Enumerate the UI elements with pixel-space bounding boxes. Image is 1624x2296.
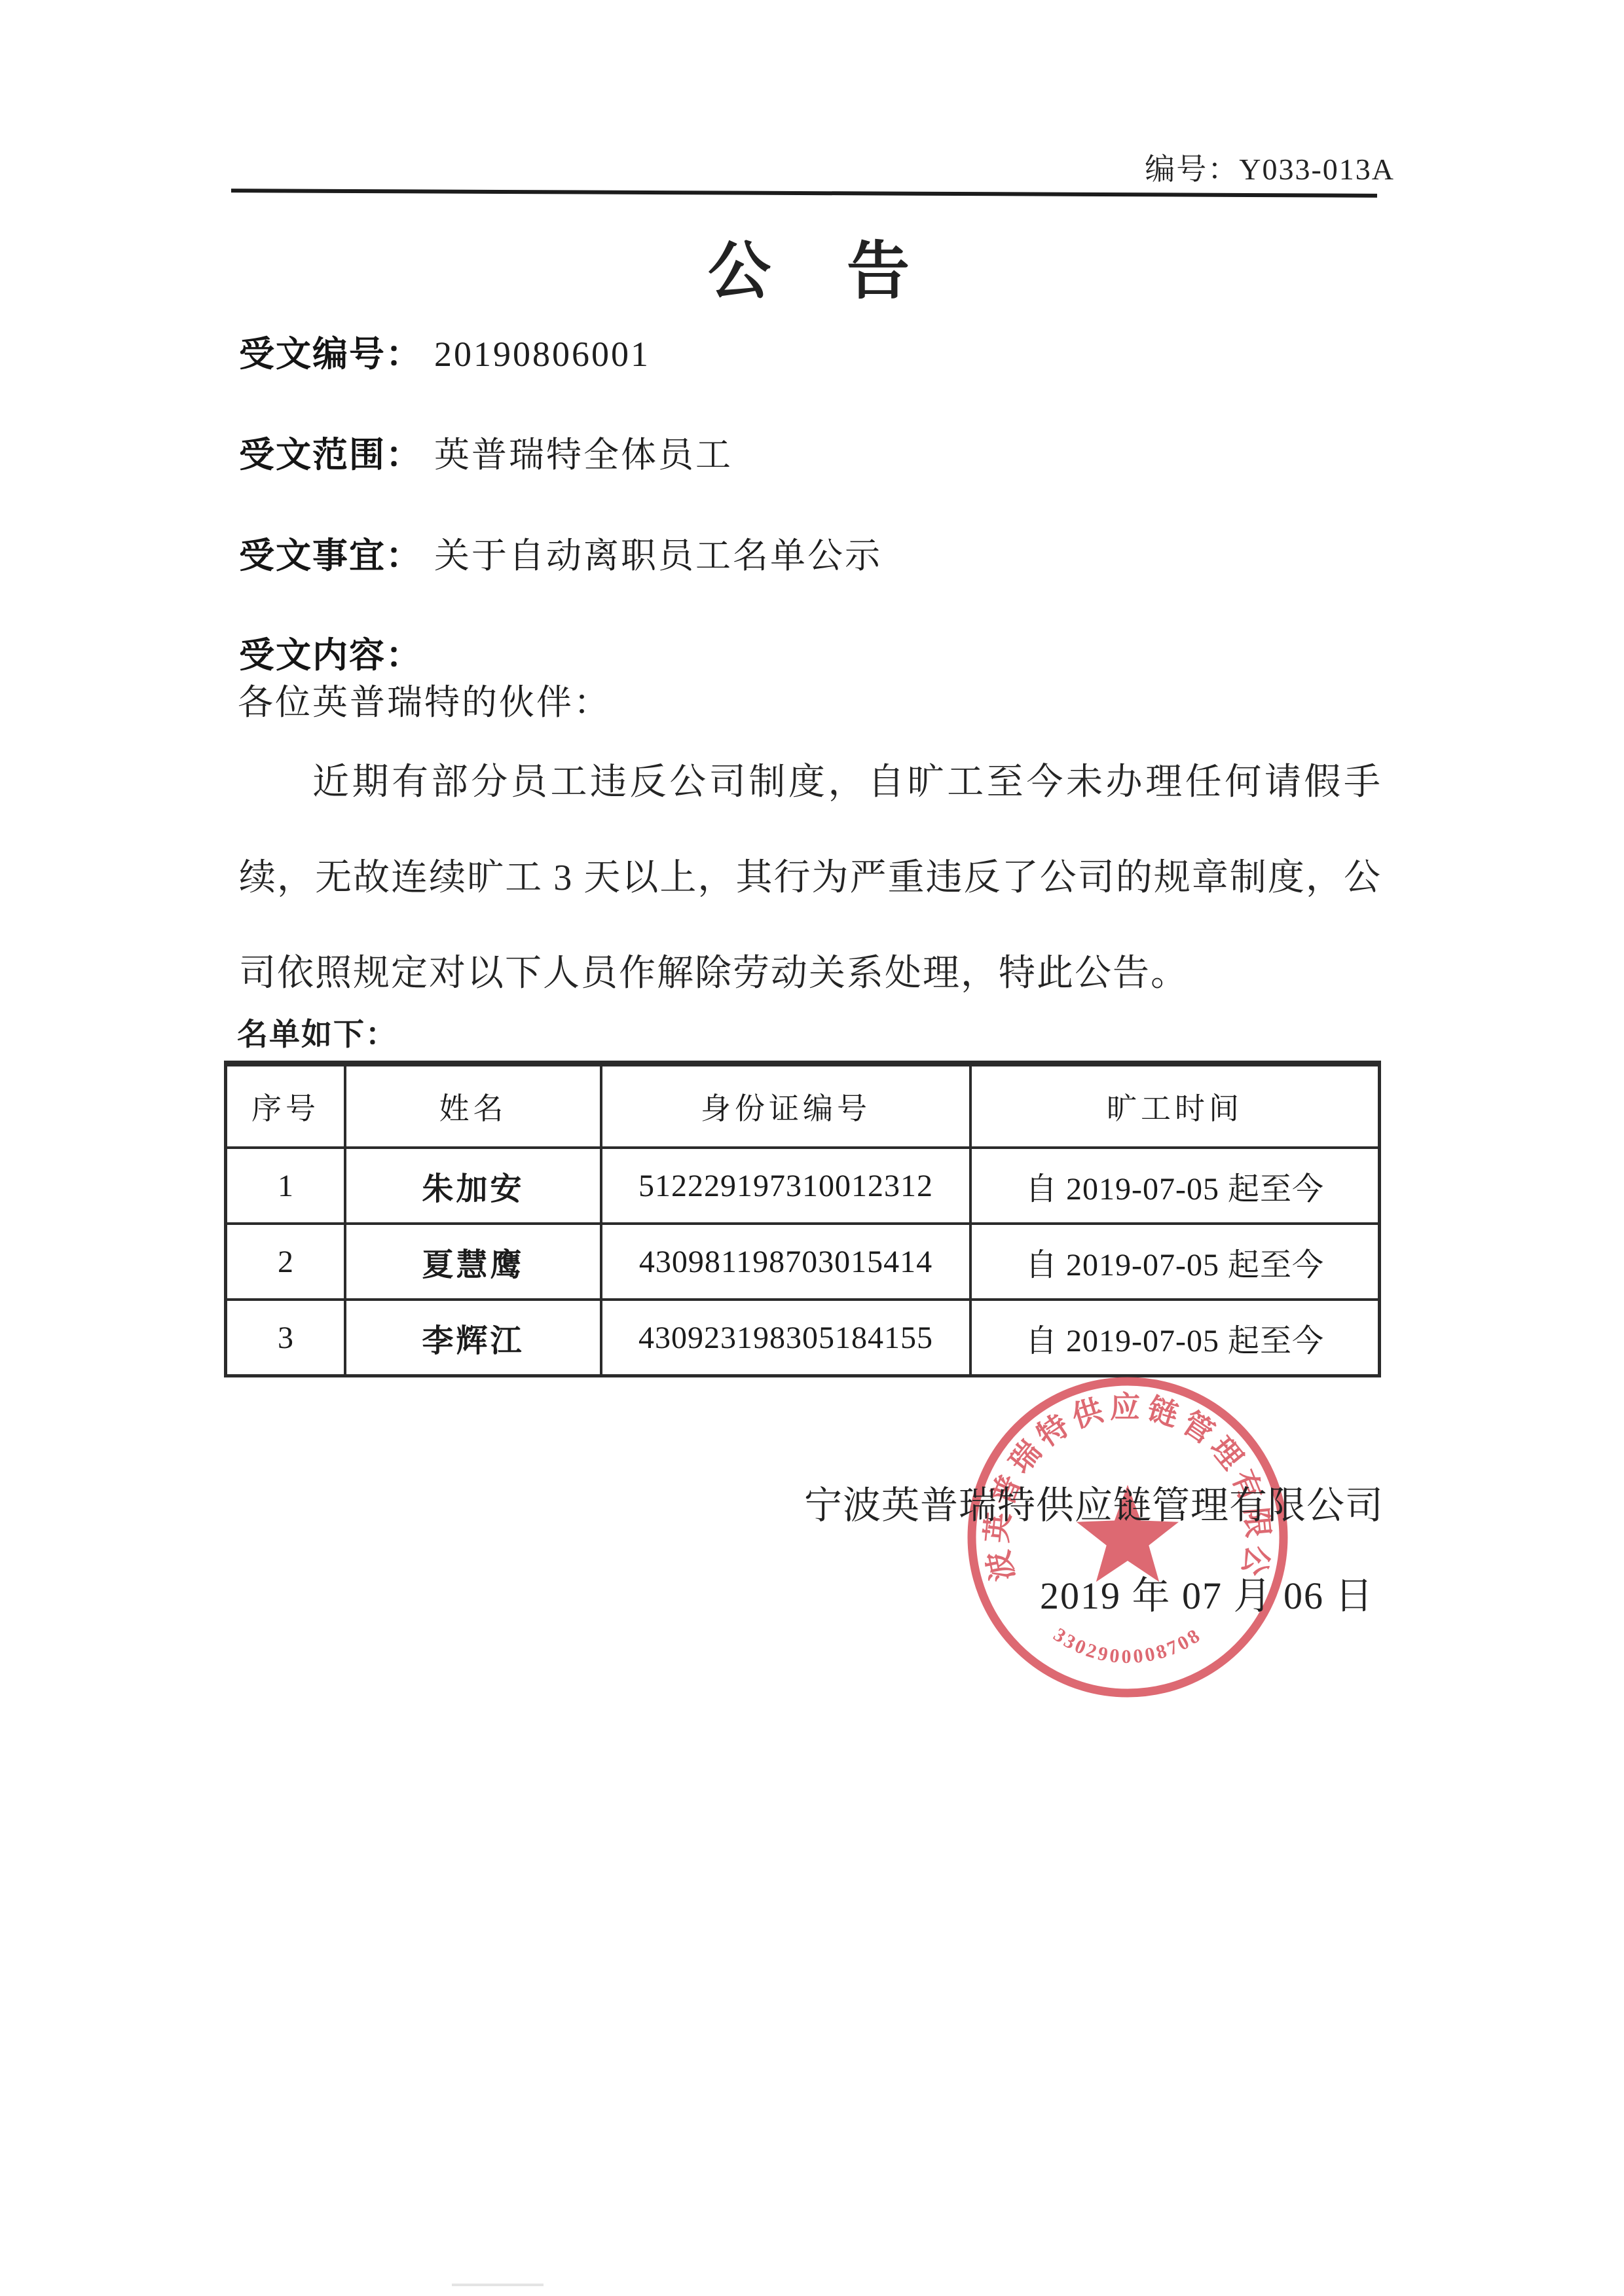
col-header-period: 旷工时间 [970,1064,1380,1148]
salutation: 各位英普瑞特的伙伴： [238,674,611,725]
table-body: 1 朱加安 512229197310012312 自 2019-07-05 起至… [226,1148,1380,1376]
doc-code: 编号：Y033-013A [1145,145,1395,189]
signature-date: 2019 年 07 月 06 日 [1040,1565,1375,1620]
col-header-id: 身份证编号 [601,1064,970,1148]
field-label: 受文编号： [239,335,422,374]
cell-id: 430923198305184155 [601,1300,970,1376]
cell-period: 自 2019-07-05 起至今 [970,1148,1380,1224]
field-label: 受文事宜： [239,536,422,575]
body-line: 近期有部分员工违反公司制度，自旷工至今未办理任何请假手 [239,735,1382,830]
seal-number: 3302900008708 [1050,1624,1206,1667]
body-line: 续，无故连续旷工 3 天以上，其行为严重违反了公司的规章制度，公 [239,830,1382,926]
field-doc-id: 受文编号：20190806001 [239,326,650,376]
scan-artifact [452,2284,544,2286]
seal-graphic: 宁波英普瑞特供应链管理有限公司 3302900008708 [957,1367,1298,1707]
cell-index: 3 [226,1300,346,1376]
field-scope: 受文范围：英普瑞特全体员工 [239,427,733,477]
table-row: 3 李辉江 430923198305184155 自 2019-07-05 起至… [226,1300,1380,1376]
field-subject: 受文事宜：关于自动离职员工名单公示 [239,528,882,578]
body-line: 司依照规定对以下人员作解除劳动关系处理，特此公告。 [239,926,1382,1021]
header-divider-line [231,189,1377,198]
cell-name: 夏慧鹰 [345,1224,601,1300]
col-header-name: 姓名 [345,1064,601,1148]
cell-name: 朱加安 [345,1148,601,1224]
body-paragraph: 近期有部分员工违反公司制度，自旷工至今未办理任何请假手 续，无故连续旷工 3 天… [239,735,1382,1021]
table-row: 2 夏慧鹰 430981198703015414 自 2019-07-05 起至… [226,1224,1380,1300]
field-value: 英普瑞特全体员工 [434,435,733,475]
absentee-table: 序号 姓名 身份证编号 旷工时间 1 朱加安 51222919731001231… [224,1061,1381,1377]
cell-id: 512229197310012312 [601,1148,970,1224]
field-label: 受文范围： [239,435,422,475]
cell-id: 430981198703015414 [601,1224,970,1300]
table-header-row: 序号 姓名 身份证编号 旷工时间 [226,1064,1380,1148]
field-value: 关于自动离职员工名单公示 [434,536,882,575]
company-seal-stamp: 宁波英普瑞特供应链管理有限公司 3302900008708 [957,1367,1298,1707]
cell-period: 自 2019-07-05 起至今 [970,1300,1380,1376]
announcement-document: 编号：Y033-013A 公 告 受文编号：20190806001 受文范围：英… [0,0,1624,2296]
signature-company: 宁波英普瑞特供应链管理有限公司 [804,1474,1384,1529]
field-content: 受文内容： [239,627,434,678]
col-header-index: 序号 [226,1064,346,1148]
field-value: 20190806001 [434,335,650,374]
table-row: 1 朱加安 512229197310012312 自 2019-07-05 起至… [226,1148,1380,1224]
page-title: 公 告 [0,221,1624,311]
cell-period: 自 2019-07-05 起至今 [970,1224,1380,1300]
field-label: 受文内容： [239,636,422,675]
cell-name: 李辉江 [345,1300,601,1376]
list-intro: 名单如下： [237,1010,397,1054]
cell-index: 2 [226,1224,346,1300]
cell-index: 1 [226,1148,346,1224]
table-header: 序号 姓名 身份证编号 旷工时间 [226,1064,1380,1148]
